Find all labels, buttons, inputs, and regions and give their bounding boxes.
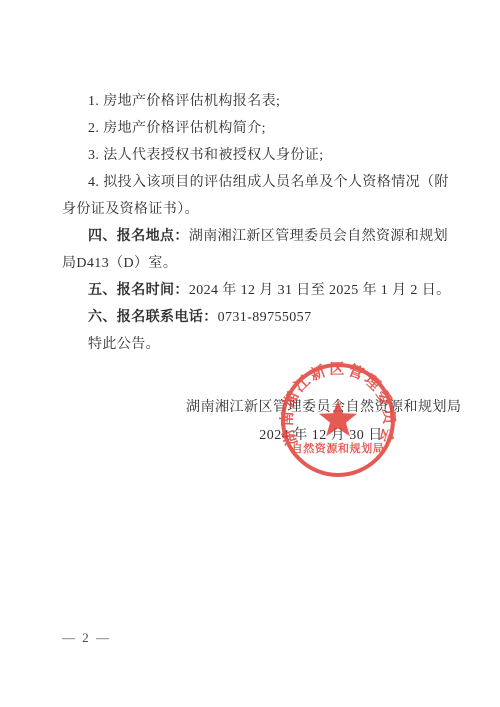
- attachment-item-4: 4. 拟投入该项目的评估组成人员名单及个人资格情况（附身份证及资格证书）。: [62, 169, 458, 223]
- attachment-item-3: 3. 法人代表授权书和被授权人身份证;: [62, 142, 458, 169]
- section-phone-label: 六、报名联系电话：: [88, 310, 218, 325]
- section-registration-time: 五、报名时间：2024 年 12 月 31 日至 2025 年 1 月 2 日。: [62, 277, 458, 304]
- closing-line: 特此公告。: [62, 331, 458, 358]
- section-time-label: 五、报名时间：: [88, 283, 189, 298]
- document-body: 1. 房地产价格评估机构报名表; 2. 房地产价格评估机构简介; 3. 法人代表…: [62, 88, 458, 358]
- section-registration-location: 四、报名地点：湖南湘江新区管理委员会自然资源和规划局D413（D）室。: [62, 223, 458, 277]
- attachment-item-2: 2. 房地产价格评估机构简介;: [62, 115, 458, 142]
- document-page: 1. 房地产价格评估机构报名表; 2. 房地产价格评估机构简介; 3. 法人代表…: [0, 0, 500, 707]
- signature-org: 湖南湘江新区管理委员会自然资源和规划局: [186, 394, 456, 422]
- page-number: — 2 —: [62, 630, 111, 646]
- attachment-item-1: 1. 房地产价格评估机构报名表;: [62, 88, 458, 115]
- section-contact-phone: 六、报名联系电话：0731-89755057: [62, 304, 458, 331]
- signature-date: 2024 年 12 月 30 日: [186, 422, 456, 450]
- section-phone-value: 0731-89755057: [218, 310, 312, 325]
- signature-block: 湖南湘江新区管理委员会自然资源和规划局 2024 年 12 月 30 日: [186, 394, 456, 450]
- section-time-value: 2024 年 12 月 31 日至 2025 年 1 月 2 日。: [189, 283, 451, 298]
- section-location-label: 四、报名地点：: [88, 229, 189, 244]
